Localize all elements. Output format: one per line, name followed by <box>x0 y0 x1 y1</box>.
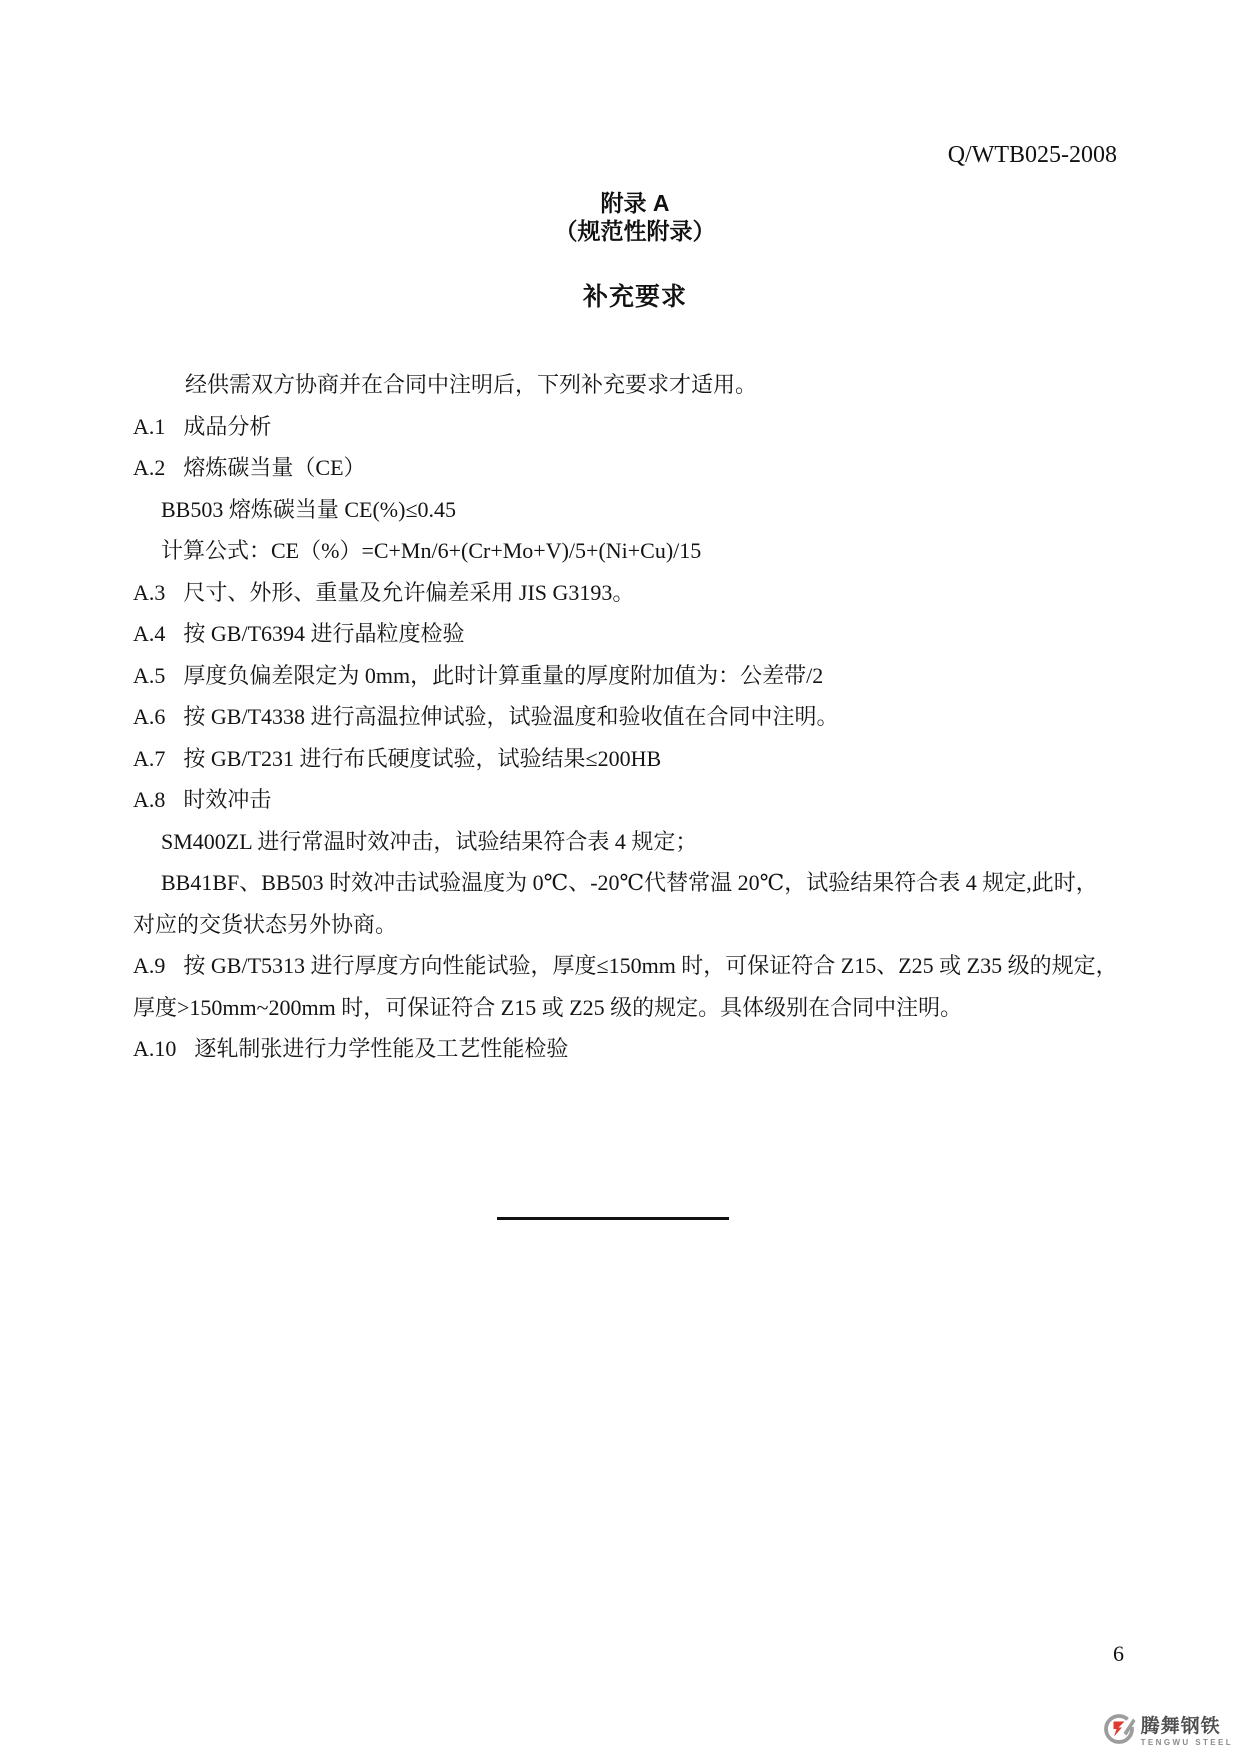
item-label: A.9 <box>133 945 165 987</box>
item-label: A.2 <box>133 447 165 489</box>
page-number: 6 <box>1113 1641 1124 1667</box>
item-line-a1: A.1成品分析 <box>133 406 1119 448</box>
tengwu-steel-logo-icon <box>1102 1712 1136 1751</box>
end-divider-line <box>497 1217 729 1220</box>
item-text: 按 GB/T5313 进行厚度方向性能试验，厚度≤150mm 时，可保证符合 Z… <box>133 953 1118 1020</box>
item-line-sm400zl: SM400ZL 进行常温时效冲击，试验结果符合表 4 规定； <box>133 821 1119 863</box>
item-label: A.5 <box>133 655 165 697</box>
item-label: A.10 <box>133 1028 176 1070</box>
item-text: 按 GB/T4338 进行高温拉伸试验，试验温度和验收值在合同中注明。 <box>183 704 838 729</box>
item-label: A.8 <box>133 779 165 821</box>
item-line-a9: A.9按 GB/T5313 进行厚度方向性能试验，厚度≤150mm 时，可保证符… <box>133 945 1119 1028</box>
logo-name-chinese: 腾舞钢铁 <box>1141 1717 1233 1736</box>
item-line-bb41bf-paragraph: BB41BF、BB503 时效冲击试验温度为 0℃、-20℃代替常温 20℃，试… <box>133 862 1119 945</box>
logo-name-english: TENGWU STEEL <box>1141 1739 1233 1747</box>
footer-logo: 腾舞钢铁 TENGWU STEEL <box>1102 1712 1233 1751</box>
header-doc-number: Q/WTB025-2008 <box>948 141 1117 169</box>
section-title: 补充要求 <box>30 281 1240 313</box>
item-line-formula: 计算公式：CE（%）=C+Mn/6+(Cr+Mo+V)/5+(Ni+Cu)/15 <box>133 530 1119 572</box>
item-line-a10: A.10逐轧制张进行力学性能及工艺性能检验 <box>133 1028 1119 1070</box>
item-label: A.4 <box>133 613 165 655</box>
appendix-title: 附录 A <box>30 188 1240 218</box>
body-content: 经供需双方协商并在合同中注明后，下列补充要求才适用。 A.1成品分析 A.2熔炼… <box>133 364 1119 1070</box>
logo-text-block: 腾舞钢铁 TENGWU STEEL <box>1141 1717 1233 1747</box>
item-label: A.6 <box>133 696 165 738</box>
item-line-a2: A.2熔炼碳当量（CE） <box>133 447 1119 489</box>
item-text: 尺寸、外形、重量及允许偏差采用 JIS G3193。 <box>183 580 634 605</box>
item-label: A.3 <box>133 572 165 614</box>
item-line-a3: A.3尺寸、外形、重量及允许偏差采用 JIS G3193。 <box>133 572 1119 614</box>
item-text: 熔炼碳当量（CE） <box>183 455 365 480</box>
item-text: 按 GB/T231 进行布氏硬度试验，试验结果≤200HB <box>183 746 661 771</box>
item-line-a7: A.7按 GB/T231 进行布氏硬度试验，试验结果≤200HB <box>133 738 1119 780</box>
item-text: 按 GB/T6394 进行晶粒度检验 <box>183 621 464 646</box>
item-label: A.1 <box>133 406 165 448</box>
item-label: A.7 <box>133 738 165 780</box>
intro-paragraph: 经供需双方协商并在合同中注明后，下列补充要求才适用。 <box>133 364 1119 406</box>
item-text: 成品分析 <box>183 414 271 439</box>
item-line-a6: A.6按 GB/T4338 进行高温拉伸试验，试验温度和验收值在合同中注明。 <box>133 696 1119 738</box>
appendix-type-subtitle: （规范性附录） <box>30 216 1240 246</box>
item-line-a5: A.5厚度负偏差限定为 0mm，此时计算重量的厚度附加值为：公差带/2 <box>133 655 1119 697</box>
item-line-bb503: BB503 熔炼碳当量 CE(%)≤0.45 <box>133 489 1119 531</box>
item-text: 逐轧制张进行力学性能及工艺性能检验 <box>194 1036 568 1061</box>
item-line-a4: A.4按 GB/T6394 进行晶粒度检验 <box>133 613 1119 655</box>
item-line-a8: A.8时效冲击 <box>133 779 1119 821</box>
document-page: Q/WTB025-2008 附录 A （规范性附录） 补充要求 经供需双方协商并… <box>0 0 1240 1754</box>
item-text: 厚度负偏差限定为 0mm，此时计算重量的厚度附加值为：公差带/2 <box>183 663 823 688</box>
item-text: 时效冲击 <box>183 787 271 812</box>
